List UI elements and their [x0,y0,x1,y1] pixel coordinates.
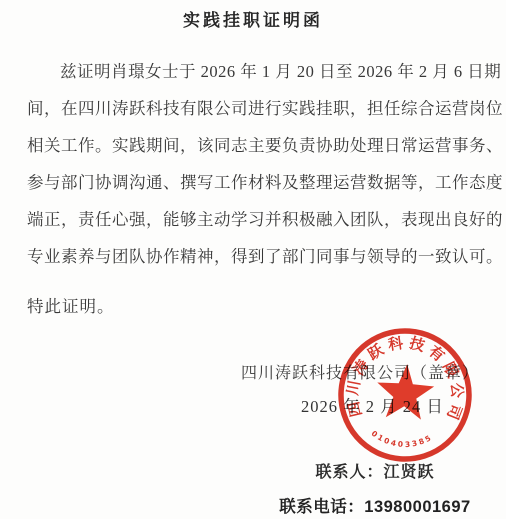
body-line: 间，在四川涛跃科技有限公司进行实践挂职，担任综合运营岗位 [27,90,488,127]
body-line: 相关工作。实践期间，该同志主要负责协助处理日常运营事务、 [27,127,488,164]
company-seal-stamp: 四川涛跃科技有限公司 9101040338565 [327,317,483,473]
body-line: 参与部门协调沟通、撰写工作材料及整理运营数据等，工作态度 [27,164,488,201]
body-line: 兹证明肖璟女士于 2026 年 1 月 20 日至 2026 年 2 月 6 日… [27,53,488,90]
body-paragraph: 兹证明肖璟女士于 2026 年 1 月 20 日至 2026 年 2 月 6 日… [27,53,488,275]
body-line: 专业素养与团队协作精神，得到了部门同事与领导的一致认可。 [27,238,488,275]
contact-phone-line: 联系电话：13980001697 [235,493,506,517]
closing-line: 特此证明。 [27,293,115,317]
contact-phone-number: 13980001697 [364,498,470,516]
contact-person-name: 江贤跃 [384,464,435,481]
body-line: 端正，责任心强，能够主动学习并积极融入团队，表现出良好的 [27,201,488,238]
contact-person-line: 联系人：江贤跃 [245,459,505,482]
certificate-page: 实践挂职证明函 兹证明肖璟女士于 2026 年 1 月 20 日至 2026 年… [0,0,506,519]
document-title: 实践挂职证明函 [0,6,506,31]
contact-person-label: 联系人： [315,464,383,481]
contact-phone-label: 联系电话： [279,497,364,516]
seal-star-icon [375,362,436,420]
